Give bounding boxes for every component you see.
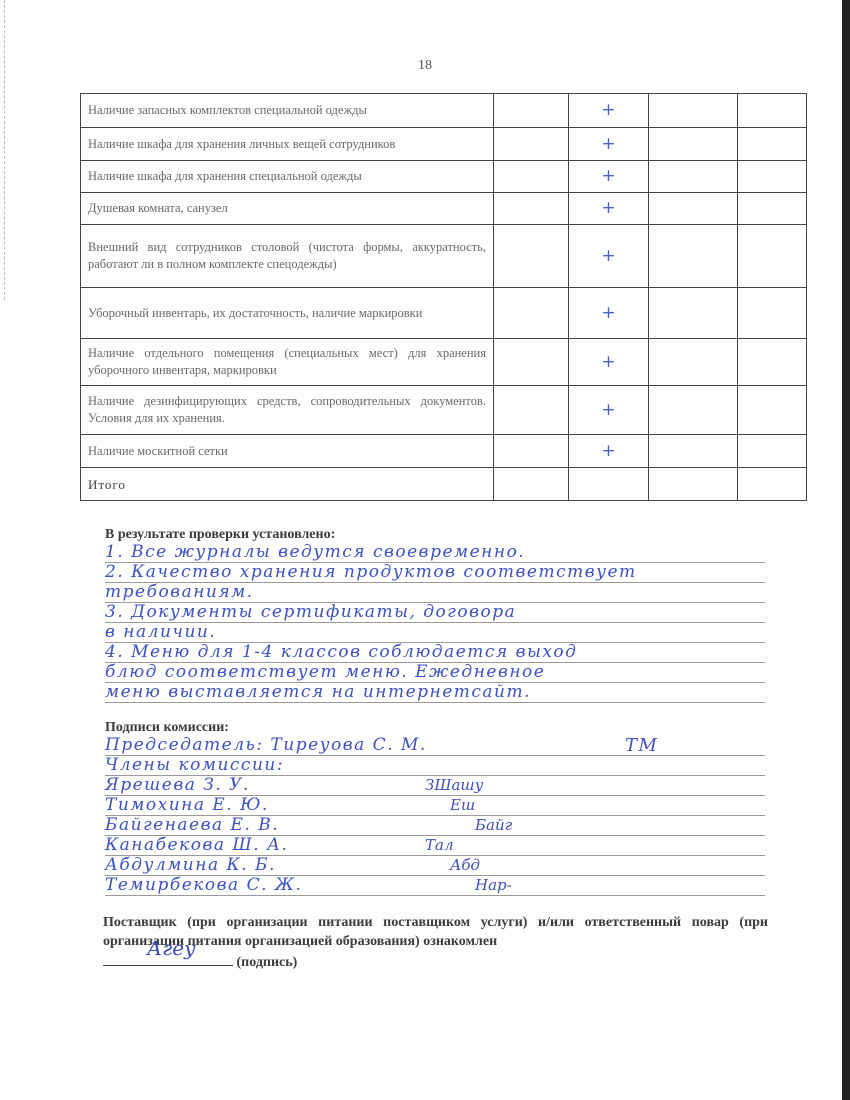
supplier-text: Поставщик (при организации питании поста… [103,915,768,949]
criterion-text: Наличие отдельного помещения (специальны… [81,339,494,386]
mark-cell [649,288,738,339]
signatures-heading: Подписи комиссии: [105,720,765,736]
mark-cell [738,386,807,435]
member-row: Ярешева З. У.ЗШашу [105,776,765,796]
criterion-text: Душевая комната, санузел [81,193,494,225]
supplier-acknowledgement: Поставщик (при организации питании поста… [103,913,768,972]
checklist-row: Наличие шкафа для хранения специальной о… [81,161,807,193]
mark-cell [494,161,569,193]
member-row: Абдулмина К. Б.Абд [105,856,765,876]
finding-line: 3. Документы сертификаты, договора [105,603,765,623]
mark-cell [649,386,738,435]
scan-edge-left [4,0,6,300]
mark-cell [494,386,569,435]
finding-line: требованиям. [105,583,765,603]
criterion-text: Уборочный инвентарь, их достаточность, н… [81,288,494,339]
checklist-row: Наличие отдельного помещения (специальны… [81,339,807,386]
total-row: Итого [81,468,807,501]
chair-name: Председатель: Тиреуова С. М. [105,735,427,755]
member-signature: Абд [450,856,480,875]
criterion-text: Наличие шкафа для хранения личных вещей … [81,128,494,161]
chair-signature: ТМ [625,736,658,755]
mark-cell [494,225,569,288]
criterion-text: Наличие дезинфицирующих средств, сопрово… [81,386,494,435]
member-name: Темирбекова С. Ж. [105,875,302,895]
supplier-signature: Агеу [147,939,196,958]
mark-cell: + [569,94,649,128]
signature-caption: (подпись) [237,955,298,970]
scan-edge-right [842,0,850,1100]
total-cell [738,468,807,501]
mark-cell [649,161,738,193]
member-name: Ярешева З. У. [105,775,250,795]
mark-cell [738,435,807,468]
checklist-row: Наличие шкафа для хранения личных вещей … [81,128,807,161]
member-row: Темирбекова С. Ж.Нар- [105,876,765,896]
findings-section: В результате проверки установлено: 1. Вс… [105,527,765,703]
criterion-text: Наличие шкафа для хранения специальной о… [81,161,494,193]
mark-cell: + [569,288,649,339]
member-name: Канабекова Ш. А. [105,835,288,855]
mark-cell [494,339,569,386]
member-name: Абдулмина К. Б. [105,855,276,875]
mark-cell [494,435,569,468]
mark-cell: + [569,193,649,225]
total-cell [494,468,569,501]
mark-cell: + [569,161,649,193]
mark-cell [494,288,569,339]
mark-cell [649,128,738,161]
mark-cell [649,94,738,128]
findings-lines: 1. Все журналы ведутся своевременно.2. К… [105,543,765,703]
checklist-table: Наличие запасных комплектов специальной … [80,93,807,501]
member-row: Байгенаева Е. В.Байг [105,816,765,836]
criterion-text: Наличие москитной сетки [81,435,494,468]
member-name: Тимохина Е. Ю. [105,795,269,815]
mark-cell [738,339,807,386]
member-row: Канабекова Ш. А.Тал [105,836,765,856]
mark-cell [738,288,807,339]
finding-line: 1. Все журналы ведутся своевременно. [105,543,765,563]
total-cell [569,468,649,501]
finding-line: 4. Меню для 1-4 классов соблюдается выхо… [105,643,765,663]
criterion-text: Наличие запасных комплектов специальной … [81,94,494,128]
checklist-row: Наличие запасных комплектов специальной … [81,94,807,128]
member-row: Тимохина Е. Ю.Еш [105,796,765,816]
member-signature: Тал [425,836,454,855]
mark-cell [649,193,738,225]
mark-cell [649,435,738,468]
page-number: 18 [0,58,850,74]
signatures-section: Подписи комиссии: Председатель: Тиреуова… [105,720,765,896]
checklist-row: Уборочный инвентарь, их достаточность, н… [81,288,807,339]
signature-lines: Председатель: Тиреуова С. М. ТМ Члены ко… [105,736,765,896]
mark-cell [649,339,738,386]
total-label: Итого [81,468,494,501]
mark-cell [649,225,738,288]
mark-cell: + [569,339,649,386]
member-signature: Нар- [475,876,512,895]
mark-cell [738,193,807,225]
mark-cell [738,128,807,161]
member-signature: Еш [450,796,475,815]
member-signature: ЗШашу [425,776,483,795]
mark-cell [494,193,569,225]
finding-line: в наличии. [105,623,765,643]
finding-line: блюд соответствует меню. Ежедневное [105,663,765,683]
members-label: Члены комиссии: [105,756,765,776]
total-cell [649,468,738,501]
checklist-row: Душевая комната, санузел+ [81,193,807,225]
mark-cell: + [569,225,649,288]
supplier-signature-line: Агеу [103,951,233,966]
member-name: Байгенаева Е. В. [105,815,279,835]
mark-cell [738,94,807,128]
checklist-row: Наличие москитной сетки+ [81,435,807,468]
criterion-text: Внешний вид сотрудников столовой (чистот… [81,225,494,288]
mark-cell [738,225,807,288]
mark-cell: + [569,435,649,468]
mark-cell [494,128,569,161]
checklist-row: Внешний вид сотрудников столовой (чистот… [81,225,807,288]
mark-cell [738,161,807,193]
finding-line: меню выставляется на интернетсайт. [105,683,765,703]
member-signature: Байг [475,816,512,835]
finding-line: 2. Качество хранения продуктов соответст… [105,563,765,583]
findings-heading: В результате проверки установлено: [105,527,765,543]
chair-row: Председатель: Тиреуова С. М. ТМ [105,736,765,756]
mark-cell: + [569,386,649,435]
mark-cell: + [569,128,649,161]
checklist-row: Наличие дезинфицирующих средств, сопрово… [81,386,807,435]
mark-cell [494,94,569,128]
